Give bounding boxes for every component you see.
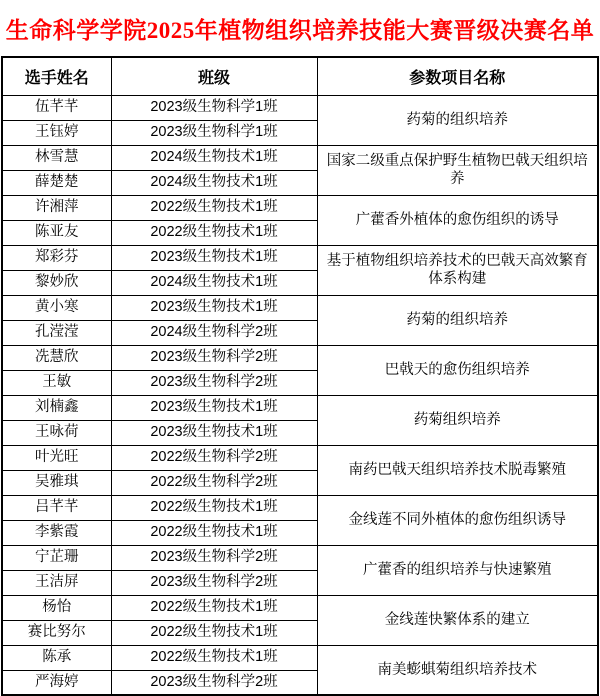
class-cell: 2024级生物科学2班 <box>111 320 317 345</box>
class-cell: 2022级生物技术1班 <box>111 220 317 245</box>
class-cell: 2022级生物技术1班 <box>111 595 317 620</box>
table-row: 郑彩芬2023级生物技术1班基于植物组织培养技术的巴戟天高效繁育体系构建 <box>2 245 598 270</box>
class-cell: 2022级生物科学2班 <box>111 445 317 470</box>
class-cell: 2023级生物科学2班 <box>111 545 317 570</box>
project-name-cell: 广藿香外植体的愈伤组织的诱导 <box>317 195 598 245</box>
table-row: 刘楠鑫2023级生物技术1班药菊组织培养 <box>2 395 598 420</box>
class-cell: 2022级生物技术1班 <box>111 495 317 520</box>
class-cell: 2023级生物科学2班 <box>111 570 317 595</box>
project-name-cell: 南药巴戟天组织培养技术脱毒繁殖 <box>317 445 598 495</box>
header-contestant-name: 选手姓名 <box>2 57 111 95</box>
contestant-name-cell: 叶光旺 <box>2 445 111 470</box>
contestant-name-cell: 黎妙欣 <box>2 270 111 295</box>
contestant-name-cell: 王咏荷 <box>2 420 111 445</box>
contestant-name-cell: 许湘萍 <box>2 195 111 220</box>
class-cell: 2023级生物科学1班 <box>111 95 317 120</box>
class-cell: 2023级生物科学2班 <box>111 370 317 395</box>
contestant-name-cell: 王钰婷 <box>2 120 111 145</box>
project-name-cell: 广藿香的组织培养与快速繁殖 <box>317 545 598 595</box>
table-row: 许湘萍2022级生物技术1班广藿香外植体的愈伤组织的诱导 <box>2 195 598 220</box>
page: 生命科学学院2025年植物组织培养技能大赛晋级决赛名单 选手姓名 班级 参数项目… <box>0 0 600 696</box>
header-project-name: 参数项目名称 <box>317 57 598 95</box>
table-row: 宁芷珊2023级生物科学2班广藿香的组织培养与快速繁殖 <box>2 545 598 570</box>
class-cell: 2024级生物技术1班 <box>111 170 317 195</box>
table-row: 杨怡2022级生物技术1班金线莲快繁体系的建立 <box>2 595 598 620</box>
class-cell: 2022级生物技术1班 <box>111 645 317 670</box>
roster-table: 选手姓名 班级 参数项目名称 伍芊芊2023级生物科学1班药菊的组织培养王钰婷2… <box>1 56 599 696</box>
class-cell: 2023级生物技术1班 <box>111 420 317 445</box>
class-cell: 2024级生物技术1班 <box>111 145 317 170</box>
class-cell: 2023级生物科学2班 <box>111 345 317 370</box>
class-cell: 2023级生物科学1班 <box>111 120 317 145</box>
class-cell: 2023级生物技术1班 <box>111 395 317 420</box>
contestant-name-cell: 刘楠鑫 <box>2 395 111 420</box>
class-cell: 2024级生物技术1班 <box>111 270 317 295</box>
contestant-name-cell: 林雪慧 <box>2 145 111 170</box>
class-cell: 2022级生物技术1班 <box>111 620 317 645</box>
contestant-name-cell: 赛比努尔 <box>2 620 111 645</box>
contestant-name-cell: 黄小寒 <box>2 295 111 320</box>
contestant-name-cell: 吕芊芊 <box>2 495 111 520</box>
table-row: 吕芊芊2022级生物技术1班金线莲不同外植体的愈伤组织诱导 <box>2 495 598 520</box>
table-row: 黄小寒2023级生物技术1班药菊的组织培养 <box>2 295 598 320</box>
contestant-name-cell: 王敏 <box>2 370 111 395</box>
contestant-name-cell: 陈承 <box>2 645 111 670</box>
contestant-name-cell: 薛楚楚 <box>2 170 111 195</box>
contestant-name-cell: 冼慧欣 <box>2 345 111 370</box>
class-cell: 2022级生物技术1班 <box>111 195 317 220</box>
title-bar: 生命科学学院2025年植物组织培养技能大赛晋级决赛名单 <box>0 0 600 56</box>
table-row: 叶光旺2022级生物科学2班南药巴戟天组织培养技术脱毒繁殖 <box>2 445 598 470</box>
contestant-name-cell: 王洁屏 <box>2 570 111 595</box>
class-cell: 2022级生物科学2班 <box>111 470 317 495</box>
class-cell: 2023级生物技术1班 <box>111 245 317 270</box>
contestant-name-cell: 杨怡 <box>2 595 111 620</box>
project-name-cell: 巴戟天的愈伤组织培养 <box>317 345 598 395</box>
project-name-cell: 金线莲不同外植体的愈伤组织诱导 <box>317 495 598 545</box>
project-name-cell: 国家二级重点保护野生植物巴戟天组织培养 <box>317 145 598 195</box>
page-title: 生命科学学院2025年植物组织培养技能大赛晋级决赛名单 <box>6 12 595 45</box>
project-name-cell: 基于植物组织培养技术的巴戟天高效繁育体系构建 <box>317 245 598 295</box>
contestant-name-cell: 陈亚友 <box>2 220 111 245</box>
table-row: 陈承2022级生物技术1班南美蟛蜞菊组织培养技术 <box>2 645 598 670</box>
project-name-cell: 药菊的组织培养 <box>317 295 598 345</box>
contestant-name-cell: 孔滢滢 <box>2 320 111 345</box>
contestant-name-cell: 吴雅琪 <box>2 470 111 495</box>
header-row: 选手姓名 班级 参数项目名称 <box>2 57 598 95</box>
table-row: 冼慧欣2023级生物科学2班巴戟天的愈伤组织培养 <box>2 345 598 370</box>
contestant-name-cell: 伍芊芊 <box>2 95 111 120</box>
class-cell: 2023级生物技术1班 <box>111 295 317 320</box>
contestant-name-cell: 严海婷 <box>2 670 111 695</box>
table-row: 林雪慧2024级生物技术1班国家二级重点保护野生植物巴戟天组织培养 <box>2 145 598 170</box>
contestant-name-cell: 李紫霞 <box>2 520 111 545</box>
header-class: 班级 <box>111 57 317 95</box>
class-cell: 2022级生物技术1班 <box>111 520 317 545</box>
contestant-name-cell: 郑彩芬 <box>2 245 111 270</box>
project-name-cell: 南美蟛蜞菊组织培养技术 <box>317 645 598 695</box>
project-name-cell: 药菊的组织培养 <box>317 95 598 145</box>
project-name-cell: 药菊组织培养 <box>317 395 598 445</box>
class-cell: 2023级生物科学2班 <box>111 670 317 695</box>
table-row: 伍芊芊2023级生物科学1班药菊的组织培养 <box>2 95 598 120</box>
project-name-cell: 金线莲快繁体系的建立 <box>317 595 598 645</box>
contestant-name-cell: 宁芷珊 <box>2 545 111 570</box>
roster-body: 伍芊芊2023级生物科学1班药菊的组织培养王钰婷2023级生物科学1班林雪慧20… <box>2 95 598 695</box>
